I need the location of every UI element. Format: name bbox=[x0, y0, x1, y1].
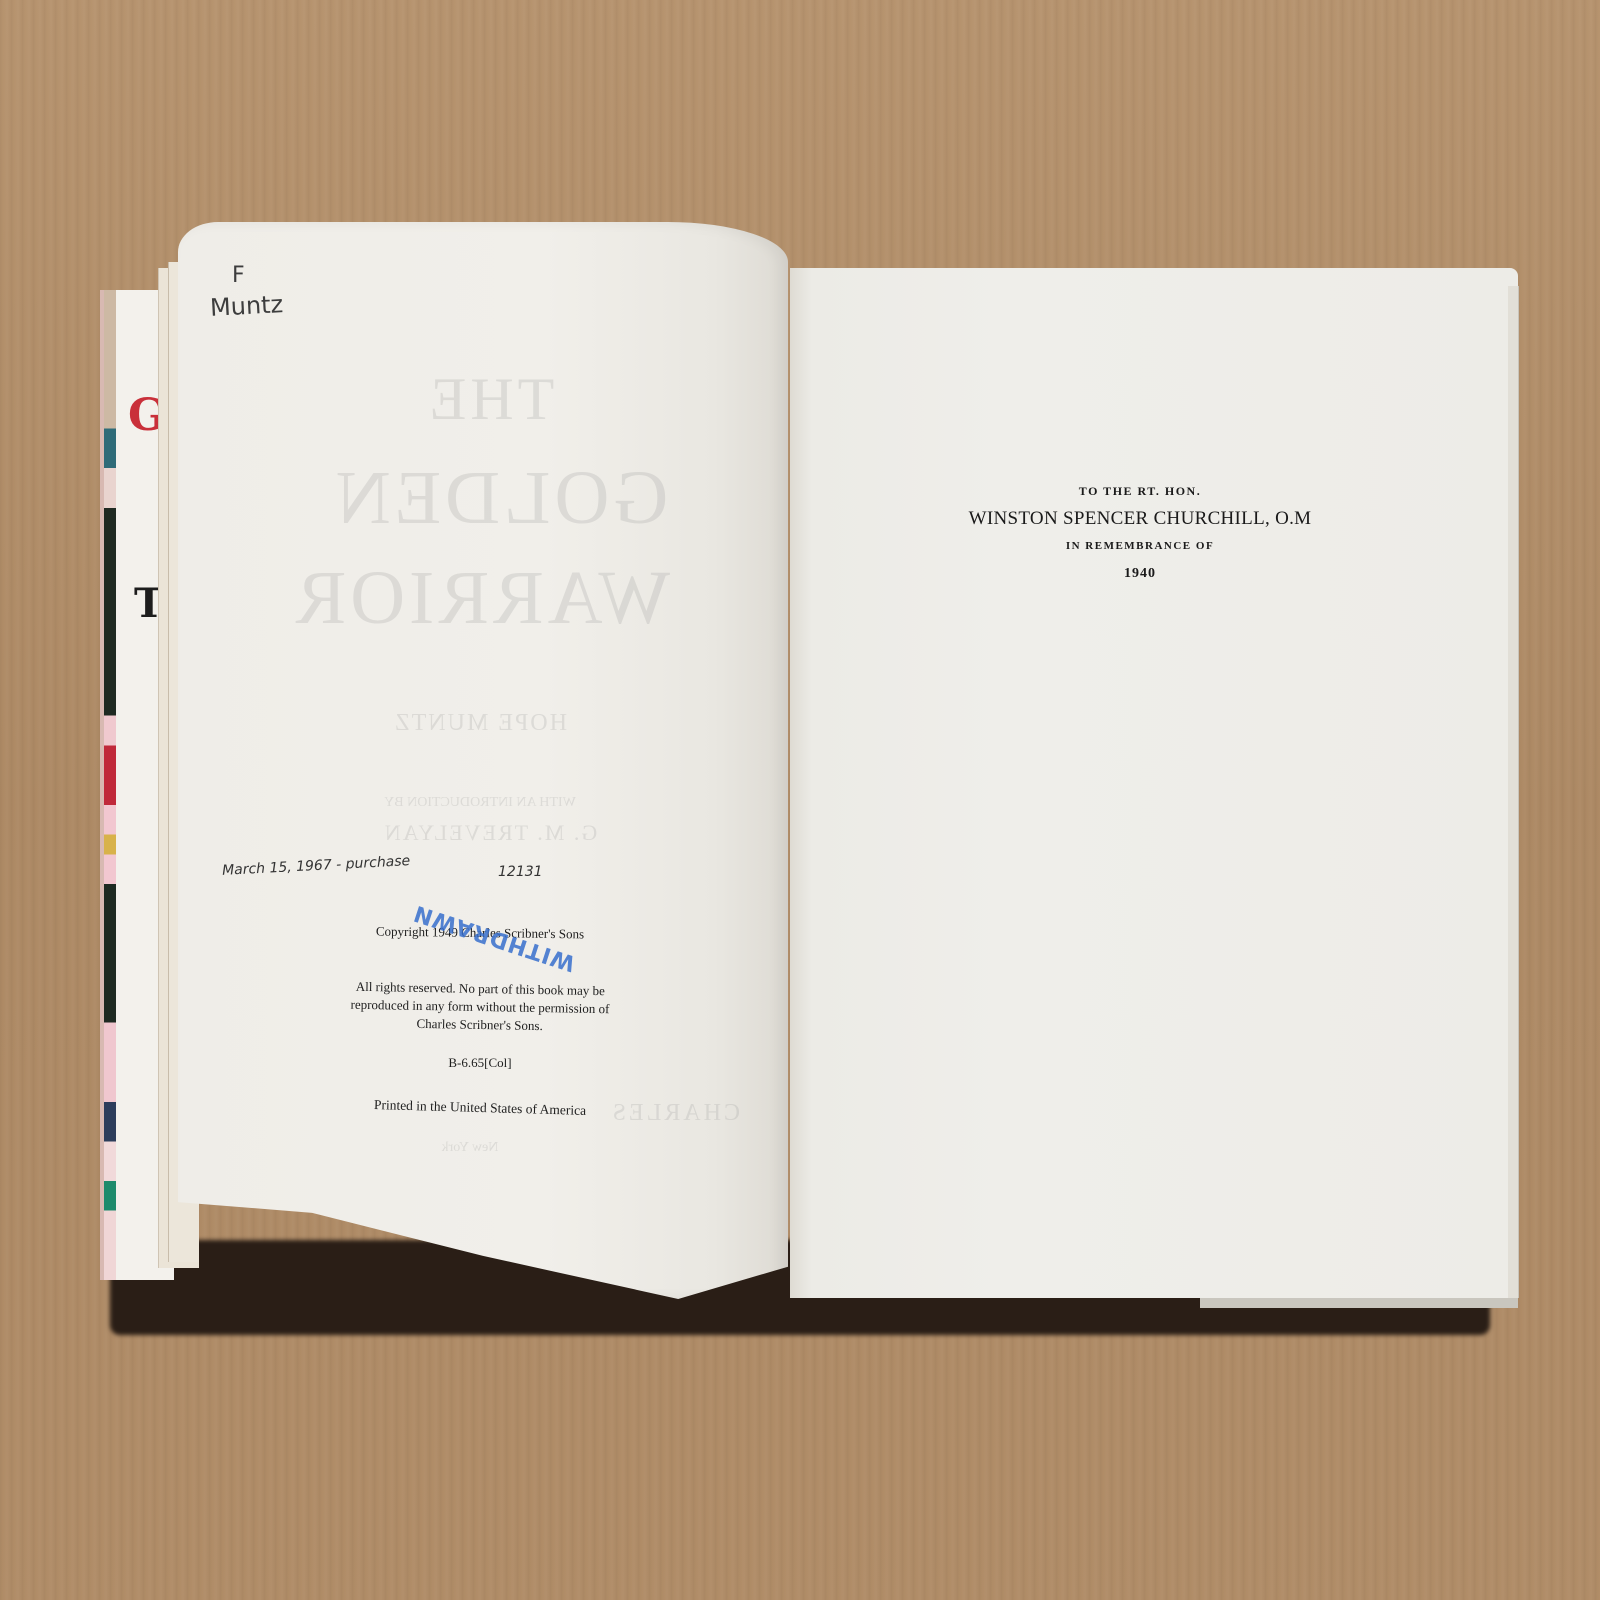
back-board-edge bbox=[1200, 1298, 1518, 1308]
handwritten-author: Muntz bbox=[209, 290, 284, 322]
show-through-title-1: THE bbox=[360, 365, 620, 434]
dedication-name: WINSTON SPENCER CHURCHILL, O.M bbox=[940, 508, 1340, 530]
show-through-title-2: GOLDEN bbox=[330, 455, 670, 542]
show-through-title-3: WARRIOR bbox=[330, 555, 670, 642]
jacket-illustration-strip bbox=[104, 290, 116, 1280]
show-through-intro-author: G. M. TREVELYAN bbox=[340, 820, 640, 846]
right-page[interactable] bbox=[790, 268, 1518, 1298]
handwritten-call-letter: F bbox=[232, 263, 245, 288]
dedication-line-3: IN REMEMBRANCE OF bbox=[940, 540, 1340, 552]
show-through-publisher: CHARLES bbox=[620, 1100, 740, 1127]
dedication-year: 1940 bbox=[940, 566, 1340, 582]
dedication-line-1: TO THE RT. HON. bbox=[940, 484, 1340, 499]
printing-code: B-6.65[Col] bbox=[345, 1054, 615, 1072]
rights-statement: All rights reserved. No part of this boo… bbox=[345, 978, 616, 1037]
show-through-city: New York bbox=[410, 1140, 530, 1156]
show-through-author: HOPE MUNTZ bbox=[360, 710, 600, 737]
page-block-edge bbox=[1508, 286, 1519, 1298]
handwritten-accession-number: 12131 bbox=[498, 864, 543, 880]
show-through-intro: WITH AN INTRODUCTION BY bbox=[330, 795, 630, 811]
